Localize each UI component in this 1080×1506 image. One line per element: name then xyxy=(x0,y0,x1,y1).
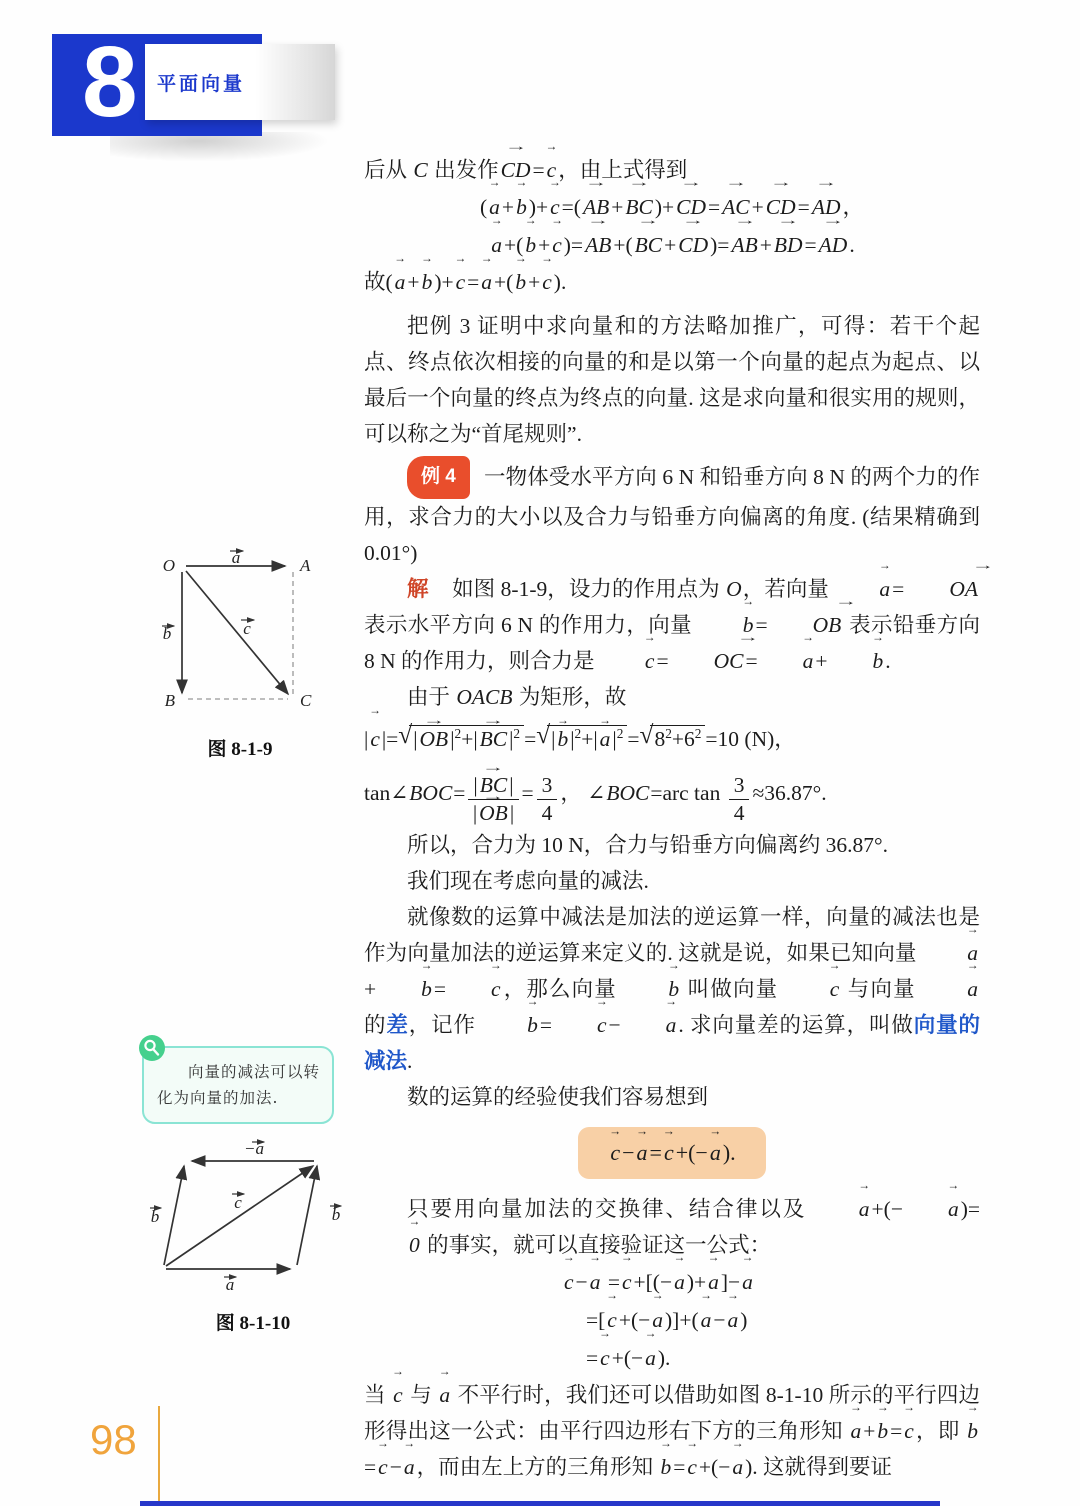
para-opening: 后从 C 出发作CD=c，由上式得到 xyxy=(364,152,980,188)
chapter-number: 8 xyxy=(82,28,138,136)
formula-angle: tan∠BOC=|BC||OB|=34， ∠BOC=arc tan 34≈36.… xyxy=(364,762,980,827)
fig10-label-c: c xyxy=(234,1193,242,1212)
para-verify: 只要用向量加法的交换律、结合律以及 a+(−a)=0 的事实，就可以直接验证这一… xyxy=(364,1191,980,1263)
derivation-line-2: =[c+(−a)]+(a−a) xyxy=(364,1301,980,1339)
equation-assoc-1: (a+b)+c=(AB+BC)+CD=AC+CD=AD， xyxy=(364,188,980,226)
chapter-badge-shadow xyxy=(110,132,330,162)
derivation-line-1: c−a =c+[(−a)+a]−a xyxy=(364,1263,980,1301)
fig9-label-c: c xyxy=(243,619,251,638)
line-result: 所以，合力为 10 N，合力与铅垂方向偏离约 36.87°. xyxy=(364,827,980,863)
page-number: 98 xyxy=(90,1416,137,1464)
magnifier-icon xyxy=(136,1032,168,1064)
textbook-page: 8 平面向量 后从 C 出发作CD=c，由上式得到 (a+b)+c=(AB+BC… xyxy=(0,0,1080,1506)
fig10-label-neg-a: −a xyxy=(244,1139,264,1158)
fig10-label-a: a xyxy=(226,1275,235,1294)
fig9-label-B: B xyxy=(165,691,176,710)
line-conclusion-assoc: 故(a+b)+c=a+(b+c). xyxy=(364,264,980,300)
margin-note: 向量的减法可以转化为向量的加法. xyxy=(142,1046,334,1124)
para-solution: 解 如图 8-1-9，设力的作用点为 O，若向量 a=OA 表示水平方向 6 N… xyxy=(364,571,980,679)
derivation-line-3: =c+(−a). xyxy=(364,1339,980,1377)
highlight-formula: c−a=c+(−a). xyxy=(578,1127,765,1179)
footer-bar xyxy=(140,1501,940,1506)
figure-8-1-9: O A B C a b c xyxy=(148,546,332,718)
line-rectangle: 由于 OACB 为矩形，故 xyxy=(364,679,980,715)
formula-magnitude: |c|=√|OB|2+|BC|2=√|b|2+|a|2=√82+62=10 (N… xyxy=(364,715,980,762)
para-example4: 例 4一物体受水平方向 6 N 和铅垂方向 8 N 的两个力的作用，求合力的大小… xyxy=(364,456,980,571)
main-content: 后从 C 出发作CD=c，由上式得到 (a+b)+c=(AB+BC)+CD=AC… xyxy=(364,152,980,1485)
figure-8-1-9-caption: 图 8-1-9 xyxy=(148,734,332,761)
chapter-title: 平面向量 xyxy=(145,69,245,96)
page-number-rule xyxy=(158,1406,160,1502)
fig10-label-b-right: b xyxy=(332,1205,341,1224)
fig9-label-b: b xyxy=(163,624,172,643)
figure-8-1-10-caption: 图 8-1-10 xyxy=(148,1308,358,1335)
para-subtraction-def: 就像数的运算中减法是加法的逆运算一样，向量的减法也是作为向量加法的逆运算来定义的… xyxy=(364,899,980,1079)
parallelogram-vector-diagram: −a a b b c xyxy=(148,1138,358,1294)
margin-note-text: 向量的减法可以转化为向量的加法. xyxy=(157,1059,320,1111)
fig10-label-b-left: b xyxy=(151,1207,160,1226)
rectangle-vector-diagram: O A B C a b c xyxy=(148,546,332,718)
fig9-label-O: O xyxy=(163,556,175,575)
figure-8-1-10: −a a b b c xyxy=(148,1138,358,1294)
line-consider-subtraction: 我们现在考虑向量的减法. xyxy=(364,863,980,899)
fig9-label-C: C xyxy=(300,691,312,710)
para-head-tail-rule: 把例 3 证明中求向量和的方法略加推广，可得：若干个起点、终点依次相接的向量的和… xyxy=(364,308,980,452)
chapter-title-box: 平面向量 xyxy=(145,44,335,120)
para-parallelogram: 当 c 与 a 不平行时，我们还可以借助如图 8-1-10 所示的平行四边形得出… xyxy=(364,1377,980,1485)
fig9-label-A: A xyxy=(299,556,311,575)
fig9-label-a: a xyxy=(232,548,241,567)
example4-badge: 例 4 xyxy=(407,456,470,499)
line-experience: 数的运算的经验使我们容易想到 xyxy=(364,1079,980,1115)
